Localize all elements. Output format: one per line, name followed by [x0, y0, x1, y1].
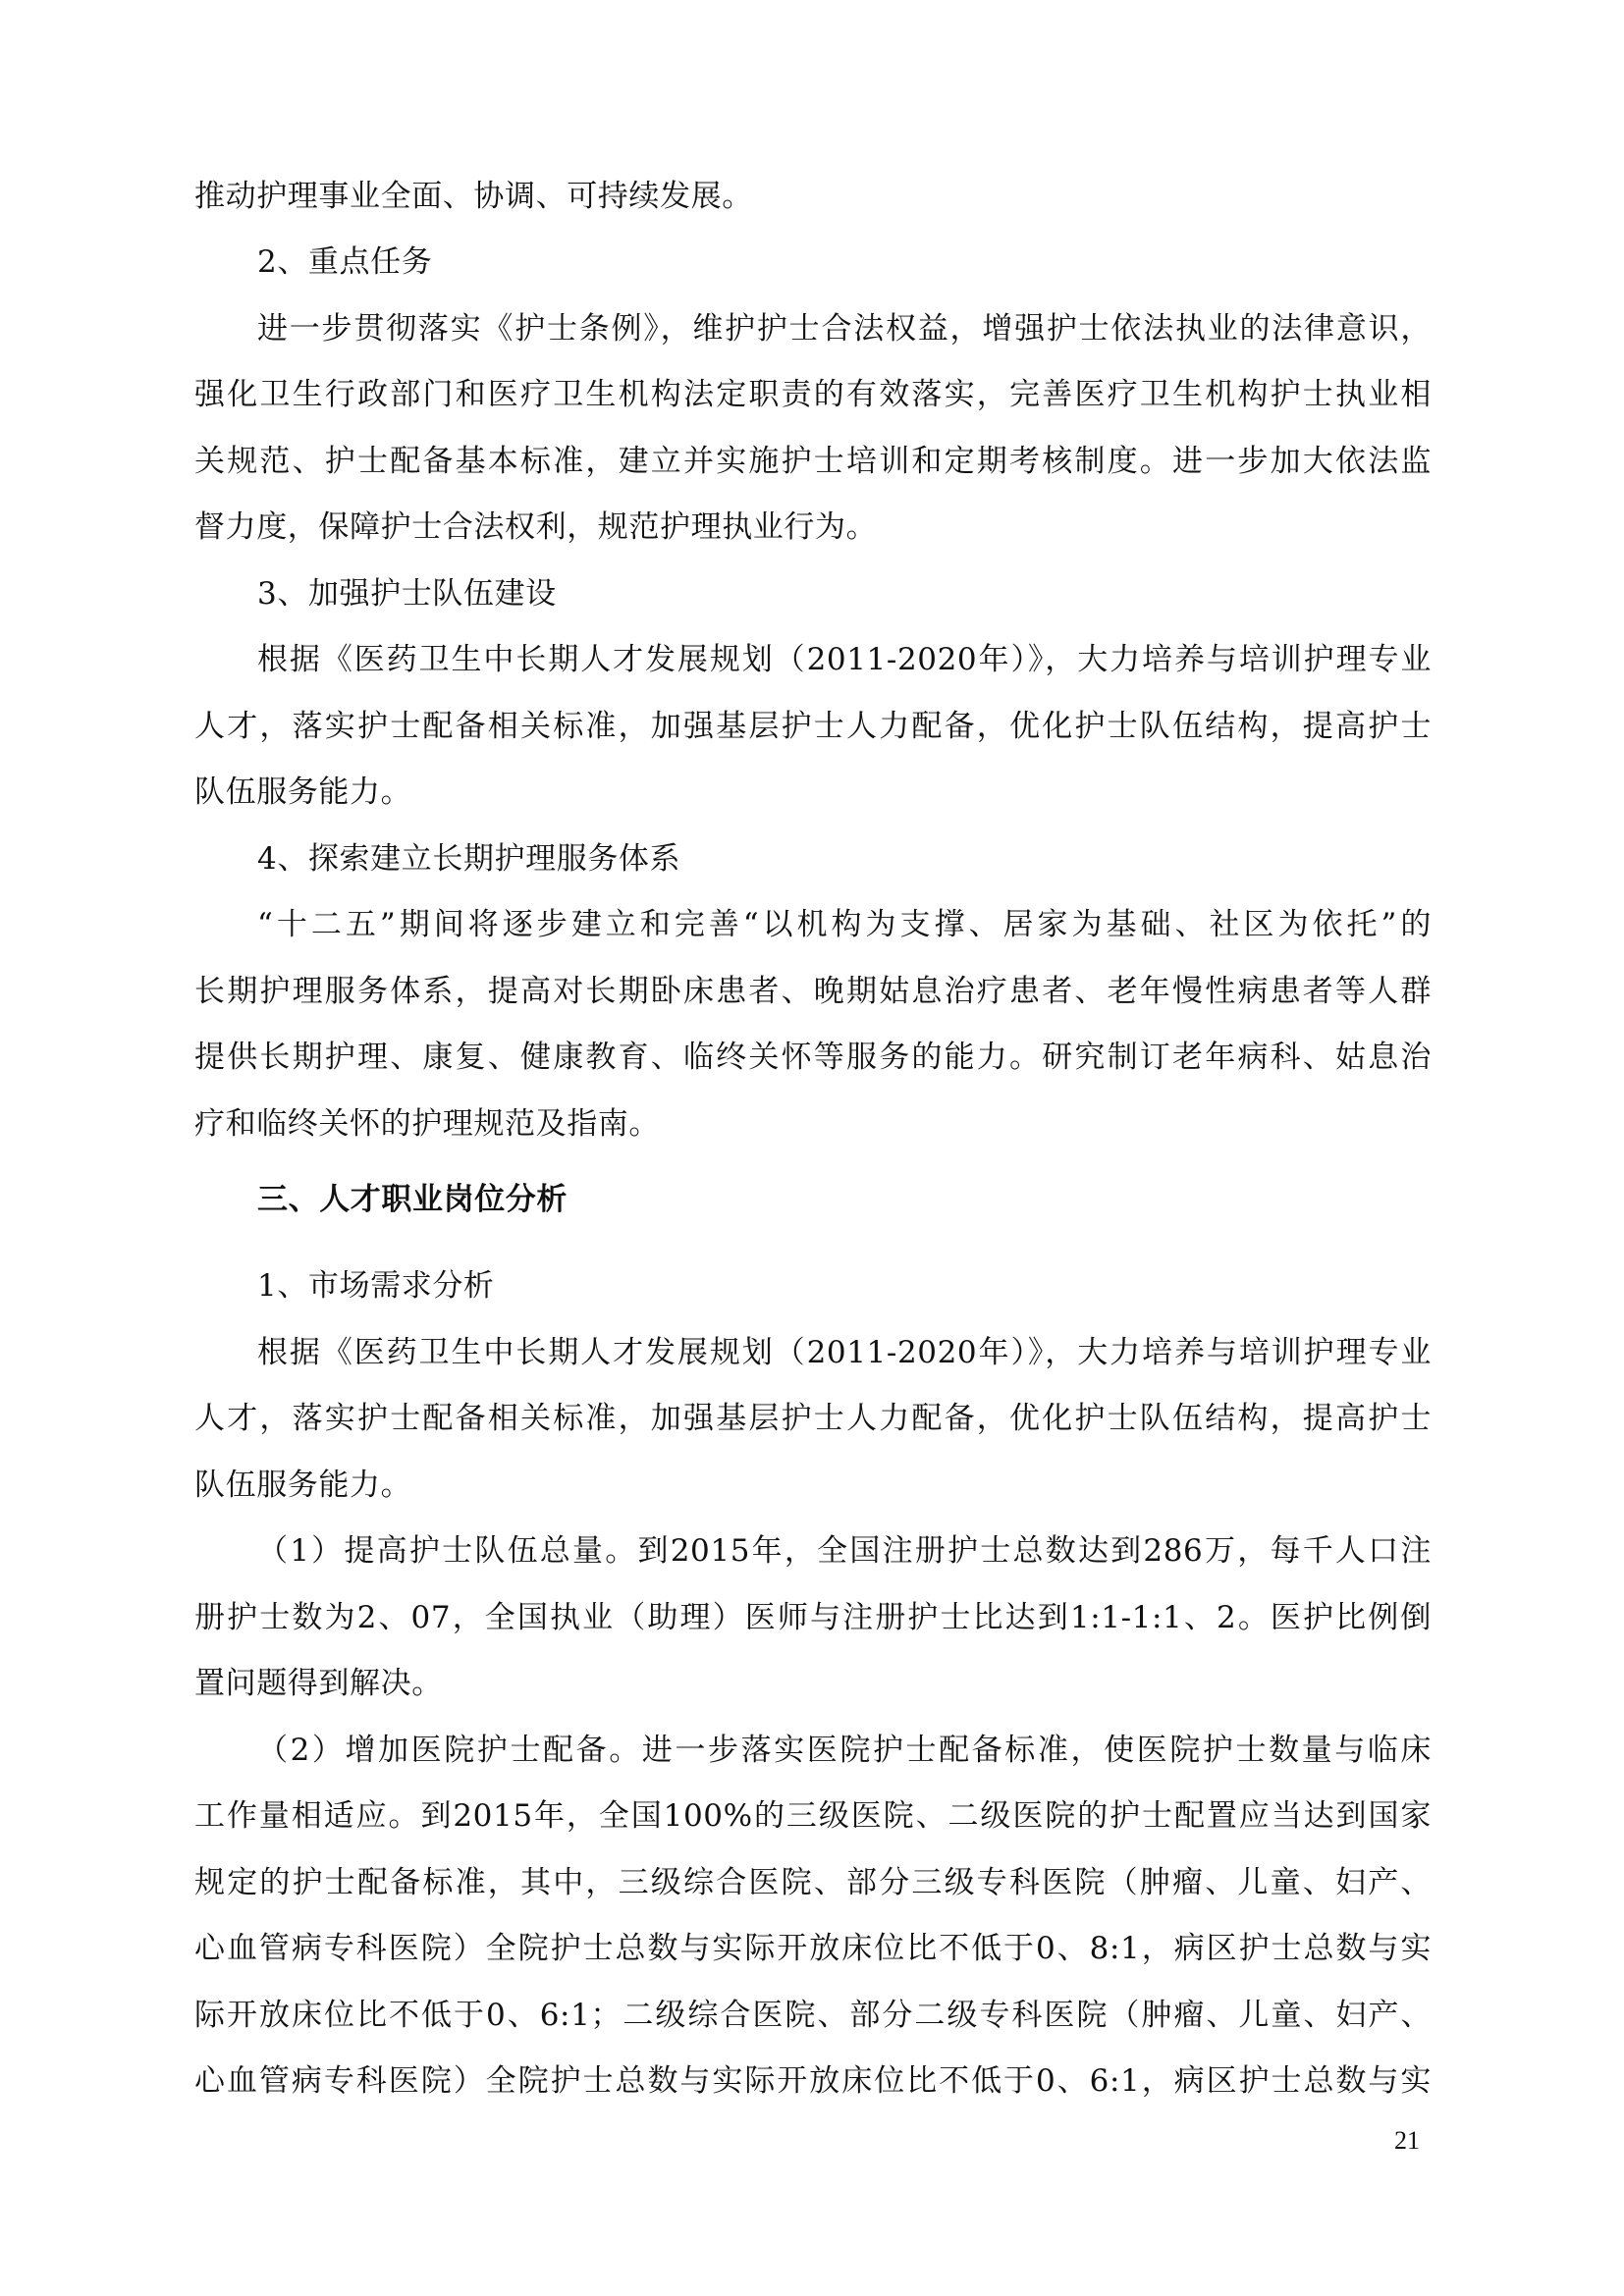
paragraph-line: 心血管病专科医院）全院护士总数与实际开放床位比不低于0、6:1，病区护士总数与实	[194, 2059, 1432, 2103]
paragraph-line: 强化卫生行政部门和医疗卫生机构法定职责的有效落实，完善医疗卫生机构护士执业相	[194, 373, 1432, 416]
section-heading: 三、人才职业岗位分析	[194, 1178, 1432, 1221]
paragraph-line: 队伍服务能力。	[194, 1464, 1432, 1507]
paragraph-line: 疗和临终关怀的护理规范及指南。	[194, 1102, 1432, 1146]
paragraph-line: 长期护理服务体系，提高对长期卧床患者、晚期姑息治疗患者、老年慢性病患者等人群	[194, 970, 1432, 1013]
paragraph-line: 册护士数为2、07，全国执业（助理）医师与注册护士比达到1:1-1:1、2。医护…	[194, 1596, 1432, 1639]
paragraph-line: 队伍服务能力。	[194, 771, 1432, 814]
paragraph-line: 工作量相适应。到2015年，全国100%的三级医院、二级医院的护士配置应当达到国…	[194, 1794, 1432, 1838]
paragraph-line: 关规范、护士配备基本标准，建立并实施护士培训和定期考核制度。进一步加大依法监	[194, 440, 1432, 483]
paragraph-line: 人才，落实护士配备相关标准，加强基层护士人力配备，优化护士队伍结构，提高护士	[194, 1397, 1432, 1440]
paragraph-line: 根据《医药卫生中长期人才发展规划（2011-2020年）》，大力培养与培训护理专…	[194, 638, 1432, 681]
subheading-nurse-team: 3、加强护士队伍建设	[194, 572, 1432, 615]
subheading-key-tasks: 2、重点任务	[194, 240, 1432, 284]
paragraph-line: 际开放床位比不低于0、6:1；二级综合医院、部分二级专科医院（肿瘤、儿童、妇产、	[194, 1994, 1432, 2037]
paragraph-line: 规定的护士配备标准，其中，三级综合医院、部分三级专科医院（肿瘤、儿童、妇产、	[194, 1861, 1432, 1904]
paragraph-line: 督力度，保障护士合法权利，规范护理执业行为。	[194, 506, 1432, 549]
paragraph-line: （1）提高护士队伍总量。到2015年，全国注册护士总数达到286万，每千人口注	[194, 1529, 1432, 1573]
paragraph-line: “十二五”期间将逐步建立和完善“以机构为支撑、居家为基础、社区为依托”的	[194, 903, 1432, 946]
page-number: 21	[1394, 2126, 1420, 2156]
paragraph-line: 人才，落实护士配备相关标准，加强基层护士人力配备，优化护士队伍结构，提高护士	[194, 705, 1432, 748]
paragraph-line: 进一步贯彻落实《护士条例》，维护护士合法权益，增强护士依法执业的法律意识，	[194, 307, 1432, 350]
paragraph-line: 心血管病专科医院）全院护士总数与实际开放床位比不低于0、8:1，病区护士总数与实	[194, 1927, 1432, 1970]
paragraph-line: 置问题得到解决。	[194, 1662, 1432, 1705]
paragraph-line: 推动护理事业全面、协调、可持续发展。	[194, 175, 1432, 218]
subheading-market-demand: 1、市场需求分析	[194, 1264, 1432, 1308]
paragraph-line: 提供长期护理、康复、健康教育、临终关怀等服务的能力。研究制订老年病科、姑息治	[194, 1036, 1432, 1079]
subheading-long-term-care: 4、探索建立长期护理服务体系	[194, 837, 1432, 881]
paragraph-line: 根据《医药卫生中长期人才发展规划（2011-2020年）》，大力培养与培训护理专…	[194, 1331, 1432, 1374]
paragraph-line: （2）增加医院护士配备。进一步落实医院护士配备标准，使医院护士数量与临床	[194, 1729, 1432, 1772]
